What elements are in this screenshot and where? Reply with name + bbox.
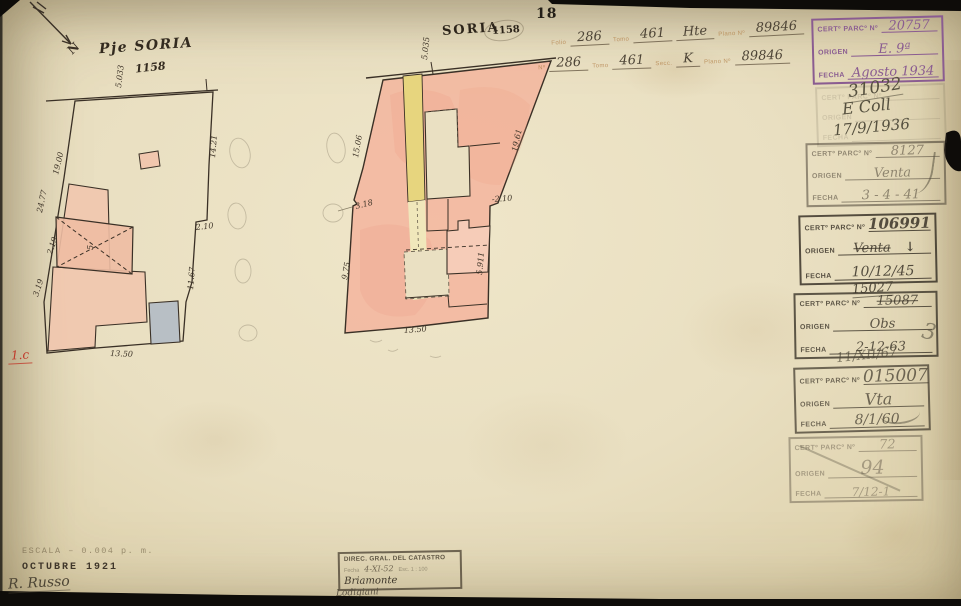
origen-label: ORIGEN: [800, 324, 830, 333]
gray-structure: [149, 301, 180, 344]
catastro-fecha-label: Fecha: [344, 568, 359, 574]
patio-label: 5: [86, 245, 95, 250]
cert-number: 20757: [888, 20, 930, 32]
secc-value: K: [676, 52, 700, 68]
cert-label: CERTº PARCº Nº: [812, 150, 873, 159]
secc-label: Secc.: [655, 61, 672, 69]
catastro-title: DIREC. GRAL. DEL CATASTRO: [344, 554, 456, 563]
measure-right: 14.21: [208, 135, 219, 159]
cert-stamp-1: CERTº PARCº Nº 20757 ORIGEN E. 9ª FECHA …: [811, 15, 945, 84]
catastro-firma: Briamonte: [344, 575, 397, 587]
surveyor-signature: R. Russo: [8, 573, 71, 593]
fecha-label: FECHA: [812, 195, 838, 203]
north-arrow-icon: [30, 2, 71, 44]
measure-notch: -2.10: [492, 194, 513, 204]
origen-label: ORIGEN: [818, 49, 848, 58]
tomo-label: Tomo: [613, 37, 630, 45]
outbuilding: [139, 151, 160, 169]
date-note: OCTUBRE 1921: [22, 562, 118, 573]
num-label: Nº: [538, 65, 546, 72]
street-line: [46, 90, 218, 101]
down-arrow-icon: ↓: [905, 242, 916, 253]
building-lower: [48, 267, 147, 351]
measure-front: 5.035: [420, 36, 431, 60]
origen-value: Obs: [870, 318, 896, 329]
measure-bottom: 13.50: [404, 324, 427, 335]
cert-label: CERTº PARCº Nº: [799, 377, 860, 387]
fecha-value: 7/12-1: [852, 486, 891, 497]
plano-label: Plano Nº: [718, 30, 745, 38]
measure-right: 11.67: [186, 266, 197, 291]
fecha-label: FECHA: [795, 491, 821, 499]
folio-label: Folio: [551, 40, 566, 48]
tomo-label: Tomo: [592, 63, 609, 71]
measure-left: 15.06: [351, 134, 364, 158]
plano-value: 89846: [748, 19, 804, 37]
cert-number: 15087: [877, 295, 919, 307]
cert-stamp-5: CERTº PARCº Nº 015007 ORIGEN Vta FECHA 8…: [793, 364, 931, 434]
catastro-below-signature: Lodigiani: [336, 587, 379, 598]
catastro-fecha-value: 4-XI-52: [364, 564, 393, 574]
cert-label: CERTº PARCº Nº: [817, 25, 878, 35]
cert-stamp-3: CERTº PARCº Nº 106991 ORIGEN Venta ↓ FEC…: [798, 213, 937, 286]
fecha-label: FECHA: [800, 347, 826, 355]
fecha-label: FECHA: [805, 273, 831, 282]
fecha-label: FECHA: [801, 421, 827, 430]
cert-label: CERTº PARCº Nº: [804, 224, 865, 233]
measure-bottom: 13.50: [110, 349, 133, 359]
origen-value: Venta: [853, 243, 890, 255]
tomo-value: 461: [633, 26, 673, 43]
red-index-note: 1.c: [8, 347, 33, 364]
cert-number: 72: [879, 439, 896, 450]
plano-value: 89846: [734, 49, 790, 66]
secc-value: Hte: [676, 24, 715, 41]
measure-left: 24.77: [35, 188, 49, 214]
courtyard: [404, 249, 449, 299]
scale-note: ESCALA – 0.004 p. m.: [22, 546, 154, 556]
folio-value: 286: [570, 30, 610, 47]
cert-number: 106991: [868, 217, 931, 231]
catastro-escala: Esc. 1 : 100: [398, 567, 427, 574]
cert-label: CERTº PARCº Nº: [800, 300, 861, 309]
center-plot-drawing: 5.035 15.06 3.18 9.75 13.50 19.61 -2.10 …: [338, 36, 556, 335]
catastro-stamp: DIREC. GRAL. DEL CATASTRO Fecha 4-XI-52 …: [338, 550, 463, 591]
fecha-value: 10/12/45: [851, 266, 914, 279]
page-number: 18: [536, 6, 557, 22]
left-plot-drawing: 5.033 19.00 24.77 2.19 3.19 13.50 14.21 …: [31, 64, 219, 358]
measure-left: 19.00: [51, 151, 65, 175]
cert-number: 015007: [863, 368, 928, 384]
fecha-label: FECHA: [819, 72, 845, 81]
origen-label: ORIGEN: [812, 173, 842, 182]
origen-label: ORIGEN: [805, 248, 835, 257]
measure-left: 3.19: [31, 278, 45, 298]
scanned-cadastral-sheet: N 5.033 19.00 24.77 2.19 3.19 13.50 14.2…: [0, 0, 961, 606]
measure-front: 5.033: [114, 64, 126, 88]
plano-label: Plano Nº: [704, 59, 731, 67]
measure-right: 2.10: [194, 221, 214, 232]
tomo-value: 461: [612, 53, 651, 69]
origen-value: E. 9ª: [878, 43, 910, 55]
origen-label: ORIGEN: [800, 400, 830, 409]
origen-label: ORIGEN: [795, 470, 825, 479]
num-value: 286: [549, 56, 588, 72]
